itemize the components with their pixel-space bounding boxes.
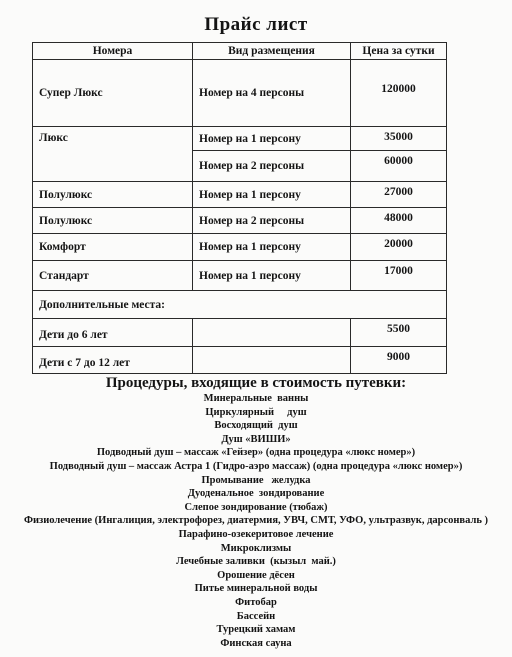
room-name: Комфорт <box>33 234 193 261</box>
procedures-heading: Процедуры, входящие в стоимость путевки: <box>0 374 512 392</box>
procedure-item: Душ «ВИШИ» <box>0 433 512 447</box>
price-table: Номера Вид размещения Цена за сутки Супе… <box>32 42 447 374</box>
accommodation-type: Номер на 1 персону <box>193 261 351 291</box>
price: 60000 <box>351 151 447 182</box>
procedure-item: Подводный душ – массаж «Гейзер» (одна пр… <box>0 446 512 460</box>
procedure-item: Слепое зондирование (тюбаж) <box>0 501 512 515</box>
price: 120000 <box>351 60 447 127</box>
table-header-row: Номера Вид размещения Цена за сутки <box>33 43 447 60</box>
procedure-item: Дуоденальное зондирование <box>0 487 512 501</box>
procedure-item: Восходящий душ <box>0 419 512 433</box>
table-row: Дети с 7 до 12 лет 9000 <box>33 347 447 374</box>
table-row: Дети до 6 лет 5500 <box>33 319 447 347</box>
procedure-item: Орошение дёсен <box>0 569 512 583</box>
price: 27000 <box>351 182 447 208</box>
room-name: Стандарт <box>33 261 193 291</box>
column-header-rooms: Номера <box>33 43 193 60</box>
room-name: Полулюкс <box>33 182 193 208</box>
procedure-item: Турецкий хамам <box>0 623 512 637</box>
price: 5500 <box>351 319 447 347</box>
procedure-item: Циркулярный душ <box>0 406 512 420</box>
price: 48000 <box>351 208 447 234</box>
extra-label: Дети с 7 до 12 лет <box>33 347 193 374</box>
procedure-item: Парафино-озекеритовое лечение <box>0 528 512 542</box>
extra-places-label: Дополнительные места: <box>33 291 447 319</box>
column-header-accommodation: Вид размещения <box>193 43 351 60</box>
procedure-item: Минеральные ванны <box>0 392 512 406</box>
procedure-item: Лечебные заливки (кызыл май.) <box>0 555 512 569</box>
accommodation-type: Номер на 2 персоны <box>193 151 351 182</box>
table-row: Полулюкс Номер на 2 персоны 48000 <box>33 208 447 234</box>
room-name: Полулюкс <box>33 208 193 234</box>
procedure-item: Питье минеральной воды <box>0 582 512 596</box>
procedure-item: Подводный душ – массаж Астра 1 (Гидро-аэ… <box>0 460 512 474</box>
table-row: Супер Люкс Номер на 4 персоны 120000 <box>33 60 447 127</box>
column-header-price: Цена за сутки <box>351 43 447 60</box>
table-row: Полулюкс Номер на 1 персону 27000 <box>33 182 447 208</box>
price: 20000 <box>351 234 447 261</box>
accommodation-type: Номер на 1 персону <box>193 127 351 151</box>
procedure-item: Финская сауна <box>0 637 512 651</box>
extra-places-row: Дополнительные места: <box>33 291 447 319</box>
page-title: Прайс лист <box>0 14 512 36</box>
procedure-item: Микроклизмы <box>0 542 512 556</box>
accommodation-type <box>193 319 351 347</box>
room-name: Супер Люкс <box>33 60 193 127</box>
procedure-item: Бассейн <box>0 610 512 624</box>
extra-label: Дети до 6 лет <box>33 319 193 347</box>
procedure-item: Фитобар <box>0 596 512 610</box>
table-row: Комфорт Номер на 1 персону 20000 <box>33 234 447 261</box>
accommodation-type: Номер на 2 персоны <box>193 208 351 234</box>
accommodation-type: Номер на 4 персоны <box>193 60 351 127</box>
accommodation-type: Номер на 1 персону <box>193 182 351 208</box>
procedures-section: Процедуры, входящие в стоимость путевки:… <box>0 374 512 650</box>
price: 9000 <box>351 347 447 374</box>
price: 35000 <box>351 127 447 151</box>
price: 17000 <box>351 261 447 291</box>
room-name: Люкс <box>33 127 193 182</box>
table-row: Стандарт Номер на 1 персону 17000 <box>33 261 447 291</box>
table-row: Люкс Номер на 1 персону 35000 <box>33 127 447 151</box>
accommodation-type: Номер на 1 персону <box>193 234 351 261</box>
accommodation-type <box>193 347 351 374</box>
procedure-item: Промывание желудка <box>0 474 512 488</box>
procedure-item: Физиолечение (Ингалиция, электрофорез, д… <box>21 514 491 528</box>
